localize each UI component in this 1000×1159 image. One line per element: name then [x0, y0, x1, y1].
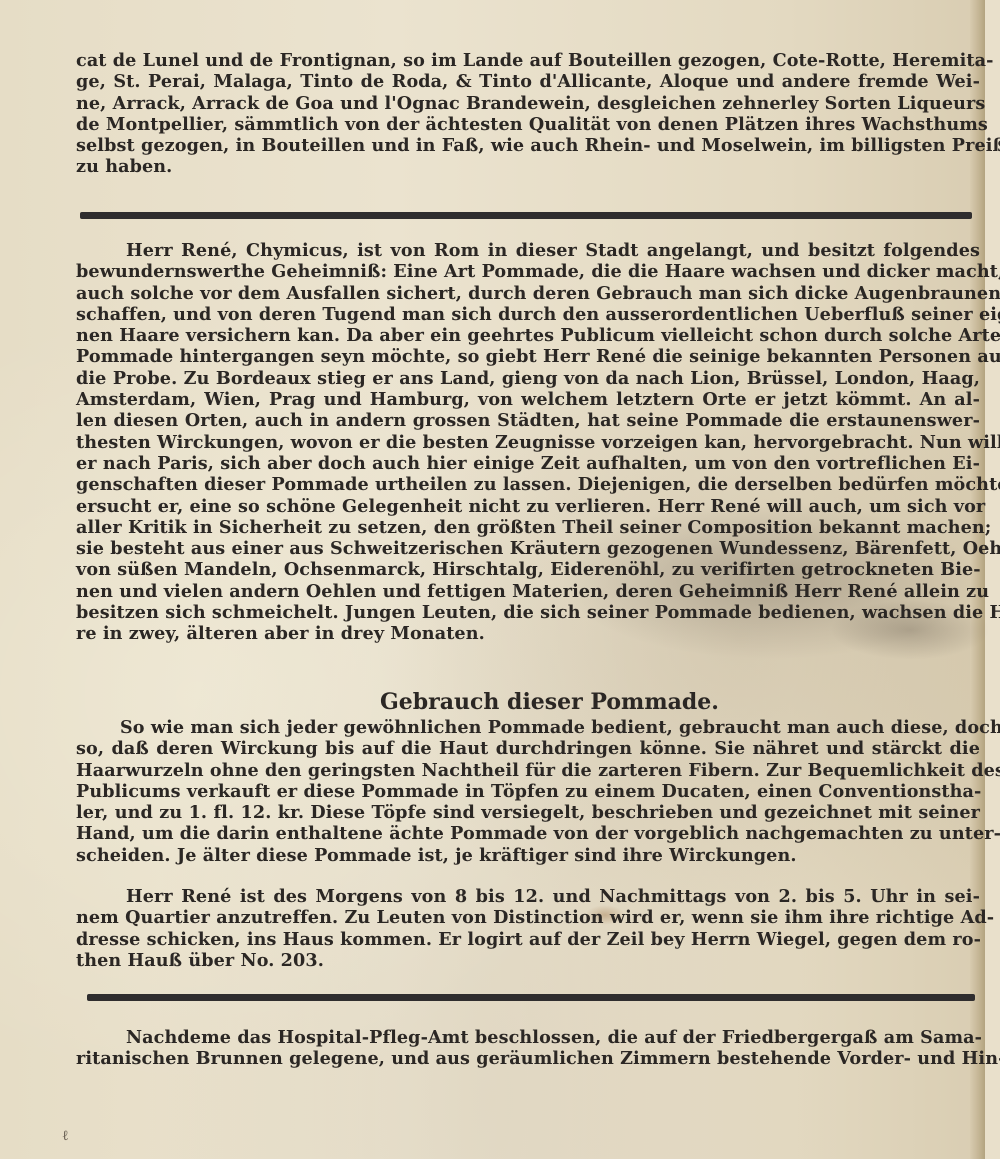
- text-line: die Probe. Zu Bordeaux stieg er ans Land…: [76, 368, 980, 389]
- text-line: ler, und zu 1. fl. 12. kr. Diese Töpfe s…: [76, 802, 980, 823]
- text-line: so, daß deren Wirckung bis auf die Haut …: [76, 738, 980, 759]
- section-heading: Gebrauch dieser Pommade.: [380, 689, 719, 715]
- text-line: sie besteht aus einer aus Schweitzerisch…: [76, 538, 980, 559]
- text-line: von süßen Mandeln, Ochsenmarck, Hirschta…: [76, 559, 980, 580]
- text-line: nen und vielen andern Oehlen und fettige…: [76, 581, 980, 602]
- text-line: Publicums verkauft er diese Pommade in T…: [76, 781, 980, 802]
- text-line: schaffen, und von deren Tugend man sich …: [76, 304, 980, 325]
- address-paragraph: Herr René ist des Morgens von 8 bis 12. …: [76, 886, 980, 971]
- text-line: besitzen sich schmeichelt. Jungen Leuten…: [76, 602, 980, 623]
- hospital-notice: Nachdeme das Hospital-Pfleg-Amt beschlos…: [76, 1027, 980, 1070]
- text-line: Hand, um die darin enthaltene ächte Pomm…: [76, 823, 980, 844]
- text-line: de Montpellier, sämmtlich von der ächtes…: [76, 114, 980, 135]
- text-line: er nach Paris, sich aber doch auch hier …: [76, 453, 980, 474]
- text-line: Pommade hintergangen seyn möchte, so gie…: [76, 346, 980, 367]
- text-line: aller Kritik in Sicherheit zu setzen, de…: [76, 517, 980, 538]
- text-line: Herr René ist des Morgens von 8 bis 12. …: [76, 886, 980, 907]
- pommade-advertisement: Herr René, Chymicus, ist von Rom in dies…: [76, 240, 980, 645]
- text-line: dresse schicken, ins Haus kommen. Er log…: [76, 929, 980, 950]
- text-line: zu haben.: [76, 156, 980, 177]
- text-line: Haarwurzeln ohne den geringsten Nachthei…: [76, 760, 980, 781]
- text-line: ge, St. Perai, Malaga, Tinto de Roda, & …: [76, 71, 980, 92]
- text-line: selbst gezogen, in Bouteillen und in Faß…: [76, 135, 980, 156]
- section-divider: [87, 994, 975, 1001]
- text-line: genschaften dieser Pommade urtheilen zu …: [76, 474, 980, 495]
- text-line: ersucht er, eine so schöne Gelegenheit n…: [76, 496, 980, 517]
- margin-mark: ℓ: [62, 1128, 69, 1145]
- text-line: Herr René, Chymicus, ist von Rom in dies…: [76, 240, 980, 261]
- text-line: thesten Wirckungen, wovon er die besten …: [76, 432, 980, 453]
- text-line: len diesen Orten, auch in andern grossen…: [76, 410, 980, 431]
- text-line: scheiden. Je älter diese Pommade ist, je…: [76, 845, 980, 866]
- text-line: then Hauß über No. 203.: [76, 950, 980, 971]
- text-line: Amsterdam, Wien, Prag und Hamburg, von w…: [76, 389, 980, 410]
- text-line: cat de Lunel und de Frontignan, so im La…: [76, 50, 980, 71]
- text-line: Nachdeme das Hospital-Pfleg-Amt beschlos…: [76, 1027, 980, 1048]
- text-line: nen Haare versichern kan. Da aber ein ge…: [76, 325, 980, 346]
- text-line: auch solche vor dem Ausfallen sichert, d…: [76, 283, 980, 304]
- wine-advertisement: cat de Lunel und de Frontignan, so im La…: [76, 50, 980, 178]
- usage-instructions: So wie man sich jeder gewöhnlichen Pomma…: [76, 717, 980, 866]
- newspaper-page: cat de Lunel und de Frontignan, so im La…: [0, 0, 985, 1159]
- text-line: bewundernswerthe Geheimniß: Eine Art Pom…: [76, 261, 980, 282]
- text-line: So wie man sich jeder gewöhnlichen Pomma…: [76, 717, 980, 738]
- text-line: ritanischen Brunnen gelegene, und aus ge…: [76, 1048, 980, 1069]
- text-line: nem Quartier anzutreffen. Zu Leuten von …: [76, 907, 980, 928]
- text-line: re in zwey, älteren aber in drey Monaten…: [76, 623, 980, 644]
- text-line: ne, Arrack, Arrack de Goa und l'Ognac Br…: [76, 93, 980, 114]
- section-divider: [80, 212, 972, 219]
